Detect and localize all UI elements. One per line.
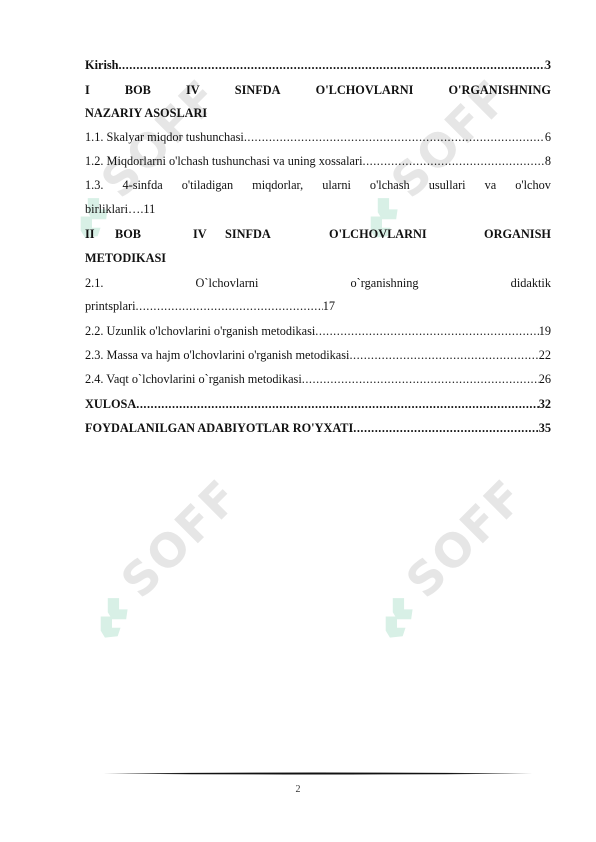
entry-word: didaktik [511,273,551,293]
toc-entry-1-3-continuation: birliklari….11 [85,199,551,219]
heading-word: O'RGANISHNING [448,80,551,100]
toc-entry-page: 3 [545,55,551,75]
toc-entry-label: Kirish [85,55,118,75]
watermark-text: SOFF [111,469,250,608]
toc-entry-label: FOYDALANILGAN ADABIYOTLAR RO'YXATI [85,418,353,438]
toc-entry-label: 2.4. Vaqt o`lchovlarini o`rganish metodi… [85,369,302,389]
toc-entry-2-1-continuation: printsplari 17 [85,296,335,316]
entry-word: O`lchovlarni [196,273,259,293]
dot-leader [353,418,538,438]
toc-entry-label: XULOSA [85,394,136,414]
entry-word: 1.3. [85,175,103,195]
footer-divider [103,772,533,775]
toc-entry-page: 22 [539,345,551,365]
heading-word: IV [193,224,207,244]
watermark: SOFF [349,444,561,656]
entry-word: ularni [322,175,351,195]
entry-word: o'lchov [515,175,551,195]
heading-word: II [85,224,95,244]
entry-word: 2.1. [85,273,103,293]
watermark-text: SOFF [396,469,535,608]
entry-word: o`rganishning [350,273,418,293]
toc-entry-conclusion[interactable]: XULOSA 32 [85,394,551,414]
toc-entry-2-3[interactable]: 2.3. Massa va hajm o'lchovlarini o'rgani… [85,345,551,365]
heading-word: O'LCHOVLARNI [329,224,427,244]
dot-leader [363,151,545,171]
toc-entry-2-1[interactable]: 2.1. O`lchovlarni o`rganishning didaktik [85,273,551,293]
entry-word: o'lchash [370,175,410,195]
toc-entry-page: 8 [545,151,551,171]
heading-word: I [85,80,90,100]
entry-word: 4-sinfda [122,175,162,195]
toc-entry-label: 2.2. Uzunlik o'lchovlarini o'rganish met… [85,321,315,341]
toc-entry-page: 26 [539,369,551,389]
toc-entry-page: 32 [539,394,551,414]
soff-logo-icon [77,575,146,644]
toc-entry-page: 6 [545,127,551,147]
toc-entry-chapter-2[interactable]: II BOB IV SINFDA O'LCHOVLARNI ORGANISH [85,224,551,244]
toc-entry-references[interactable]: FOYDALANILGAN ADABIYOTLAR RO'YXATI 35 [85,418,551,438]
toc-entry-1-3[interactable]: 1.3. 4-sinfda o'tiladigan miqdorlar, ula… [85,175,551,195]
entry-word: o'tiladigan [182,175,233,195]
toc-entry-label: 2.3. Massa va hajm o'lchovlarini o'rgani… [85,345,349,365]
toc-entry-chapter-1-continuation: NAZARIY ASOSLARI [85,103,551,123]
toc-entry-page: 17 [323,296,335,316]
entry-word: miqdorlar, [252,175,303,195]
watermark: SOFF [64,444,276,656]
heading-word: O'LCHOVLARNI [316,80,414,100]
heading-word: BOB [115,224,141,244]
page-number: 2 [0,784,596,795]
toc-entry-page: 19 [539,321,551,341]
dot-leader [302,369,539,389]
dot-leader [244,127,545,147]
entry-word: va [485,175,497,195]
toc-entry-page: 35 [539,418,551,438]
heading-word: IV [186,80,200,100]
dot-leader [136,394,538,414]
heading-word: SINFDA [225,224,271,244]
soff-logo-icon [362,575,431,644]
toc-entry-1-1[interactable]: 1.1. Skalyar miqdor tushunchasi 6 [85,127,551,147]
toc-entry-2-2[interactable]: 2.2. Uzunlik o'lchovlarini o'rganish met… [85,321,551,341]
heading-word: BOB [125,80,151,100]
dot-leader [136,296,323,316]
toc-entry-chapter-2-continuation: METODIKASI [85,248,551,268]
toc-entry-1-2[interactable]: 1.2. Miqdorlarni o'lchash tushunchasi va… [85,151,551,171]
toc-entry-intro[interactable]: Kirish 3 [85,55,551,75]
toc-entry-label: 1.2. Miqdorlarni o'lchash tushunchasi va… [85,151,363,171]
toc-entry-label: printsplari [85,296,136,316]
heading-word: ORGANISH [484,224,551,244]
dot-leader [118,55,544,75]
dot-leader [349,345,538,365]
heading-word: SINFDA [235,80,281,100]
document-page: SOFF SOFF SOFF SOFF Kirish 3 I BOB IV SI… [0,0,596,842]
entry-word: usullari [429,175,466,195]
toc-entry-chapter-1[interactable]: I BOB IV SINFDA O'LCHOVLARNI O'RGANISHNI… [85,80,551,100]
toc-entry-label: 1.1. Skalyar miqdor tushunchasi [85,127,244,147]
dot-leader [315,321,538,341]
toc-entry-2-4[interactable]: 2.4. Vaqt o`lchovlarini o`rganish metodi… [85,369,551,389]
